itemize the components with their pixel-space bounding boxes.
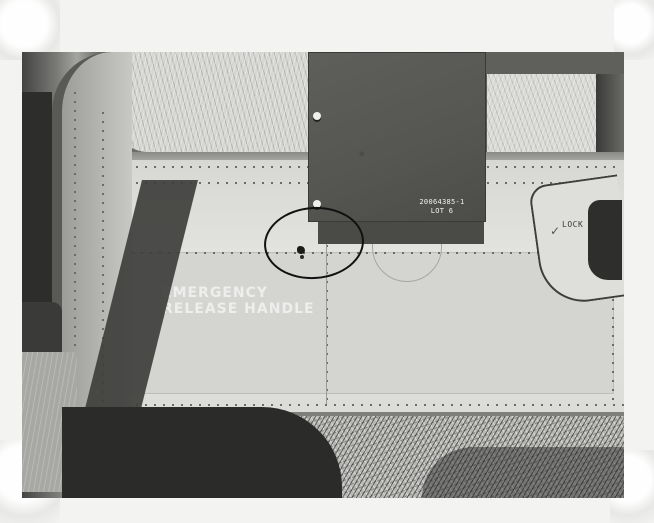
window-opening-right bbox=[484, 74, 599, 163]
part-number: 20064385-1 bbox=[402, 198, 482, 207]
part-number-label: 20064385-1 LOT 6 bbox=[402, 198, 482, 216]
torn-corner-top-right bbox=[614, 0, 654, 60]
cover-plate bbox=[308, 52, 486, 222]
door-interior bbox=[22, 92, 52, 312]
rivet-row bbox=[82, 404, 624, 406]
stencil-line-1: EMERGENCY bbox=[162, 285, 315, 301]
stencil-marking: EMERGENCY RELEASE HANDLE bbox=[162, 285, 315, 317]
window-opening-left bbox=[108, 52, 322, 158]
fuselage-lower-panel bbox=[114, 252, 614, 394]
check-arrow-icon: ✓ bbox=[550, 224, 560, 238]
hatch-shadow bbox=[588, 200, 622, 280]
photograph: EMERGENCY RELEASE HANDLE 20064385-1 LOT … bbox=[22, 52, 624, 498]
torn-corner-top-left bbox=[0, 0, 60, 60]
hatch-lock-label: LOCK bbox=[562, 220, 583, 229]
stencil-line-2: RELEASE HANDLE bbox=[162, 301, 315, 317]
ground-shadow-right bbox=[422, 447, 624, 498]
bolt-icon bbox=[313, 112, 321, 120]
ground-shadow bbox=[62, 407, 342, 498]
lot-number: LOT 6 bbox=[402, 207, 482, 216]
